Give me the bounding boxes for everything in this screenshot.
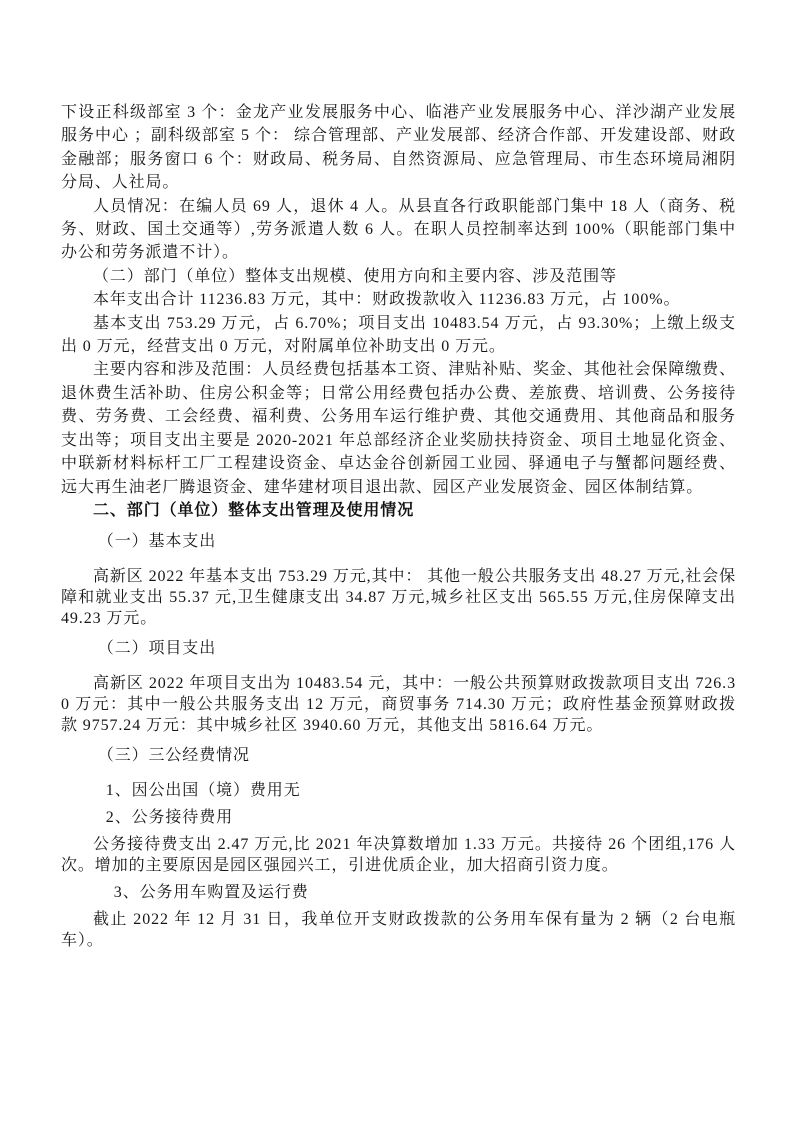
paragraph-staffing: 人员情况：在编人员 69 人，退休 4 人。从县直各行政职能部门集中 18 人（… <box>61 195 736 265</box>
section2-block: （一）基本支出 高新区 2022 年基本支出 753.29 万元,其中： 其他一… <box>61 531 736 951</box>
paragraph-project-expenditure: 高新区 2022 年项目支出为 10483.54 元，其中：一般公共预算财政拨款… <box>61 673 736 736</box>
subheading-basic-expenditure: （一）基本支出 <box>61 531 736 552</box>
scanned-document-page: 下设正科级部室 3 个：金龙产业发展服务中心、临港产业发展服务中心、洋沙湖产业发… <box>0 0 794 1122</box>
paragraph-main-content: 主要内容和涉及范围：人员经费包括基本工资、津贴补贴、奖金、其他社会保障缴费、退休… <box>61 358 736 498</box>
paragraph-org-structure: 下设正科级部室 3 个：金龙产业发展服务中心、临港产业发展服务中心、洋沙湖产业发… <box>61 101 736 195</box>
subheading-three-public-funds: （三）三公经费情况 <box>61 745 736 766</box>
paragraph-basic-expenditure: 高新区 2022 年基本支出 753.29 万元,其中： 其他一般公共服务支出 … <box>61 566 736 629</box>
item-official-vehicles: 3、公务用车购置及运行费 <box>61 882 736 903</box>
paragraph-official-reception: 公务接待费支出 2.47 万元,比 2021 年决算数增加 1.33 万元。共接… <box>61 834 736 876</box>
section1-block: 下设正科级部室 3 个：金龙产业发展服务中心、临港产业发展服务中心、洋沙湖产业发… <box>61 101 736 499</box>
item-official-reception: 2、公务接待费用 <box>61 807 736 828</box>
section2-heading: 二、部门（单位）整体支出管理及使用情况 <box>61 499 736 522</box>
document-body: 下设正科级部室 3 个：金龙产业发展服务中心、临港产业发展服务中心、洋沙湖产业发… <box>61 101 736 951</box>
paragraph-official-vehicles: 截止 2022 年 12 月 31 日，我单位开支财政拨款的公务用车保有量为 2… <box>61 909 736 951</box>
subheading-project-expenditure: （二）项目支出 <box>61 638 736 659</box>
item-overseas-travel: 1、因公出国（境）费用无 <box>61 780 736 801</box>
paragraph-expenditure-breakdown: 基本支出 753.29 万元，占 6.70%；项目支出 10483.54 万元，… <box>61 312 736 359</box>
paragraph-scope-heading: （二）部门（单位）整体支出规模、使用方向和主要内容、涉及范围等 <box>61 265 736 288</box>
paragraph-total-expenditure: 本年支出合计 11236.83 万元，其中：财政拨款收入 11236.83 万元… <box>61 288 736 311</box>
